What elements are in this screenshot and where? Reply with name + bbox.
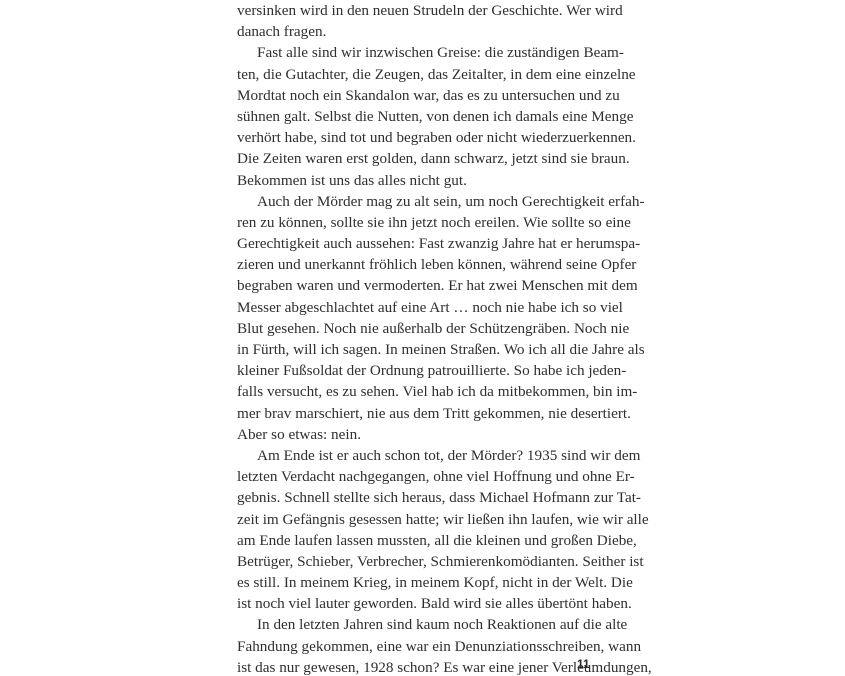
book-page: versinken wird in den neuen Strudeln der…	[237, 0, 612, 676]
text-line: in Fürth, will ich sagen. In meinen Stra…	[237, 339, 612, 360]
text-line: ist noch viel lauter geworden. Bald wird…	[237, 593, 612, 614]
text-line: ten, die Gutachter, die Zeugen, das Zeit…	[237, 64, 612, 85]
text-line: gebnis. Schnell stellte sich heraus, das…	[237, 487, 612, 508]
text-line: Mordtat noch ein Skandalon war, das es z…	[237, 85, 612, 106]
text-line: ren zu können, sollte sie ihn jetzt noch…	[237, 212, 612, 233]
text-line: falls versucht, es zu sehen. Viel hab ic…	[237, 381, 612, 402]
paragraph: Auch der Mörder mag zu alt sein, um noch…	[237, 191, 612, 445]
text-line: Am Ende ist er auch schon tot, der Mörde…	[237, 445, 612, 466]
text-line: zeit im Gefängnis gesessen hatte; wir li…	[237, 509, 612, 530]
text-line: letzten Verdacht nachgegangen, ohne viel…	[237, 466, 612, 487]
text-line: am Ende laufen lassen mussten, all die k…	[237, 530, 612, 551]
text-line: Betrüger, Schieber, Verbrecher, Schmiere…	[237, 551, 612, 572]
text-line: Fahndung gekommen, eine war ein Denunzia…	[237, 636, 612, 657]
text-line: Auch der Mörder mag zu alt sein, um noch…	[237, 191, 612, 212]
text-line: Messer abgeschlachtet auf eine Art … noc…	[237, 297, 612, 318]
page-number: 11	[577, 657, 590, 671]
paragraph: Am Ende ist er auch schon tot, der Mörde…	[237, 445, 612, 615]
text-line: begraben waren und vermoderten. Er hat z…	[237, 275, 612, 296]
text-line: Bekommen ist uns das alles nicht gut.	[237, 170, 612, 191]
text-line: zieren und unerkannt fröhlich leben könn…	[237, 254, 612, 275]
text-line: Aber so etwas: nein.	[237, 424, 612, 445]
text-line: Blut gesehen. Noch nie außerhalb der Sch…	[237, 318, 612, 339]
text-line: Gerechtigkeit auch aussehen: Fast zwanzi…	[237, 233, 612, 254]
text-line: sühnen galt. Selbst die Nutten, von dene…	[237, 106, 612, 127]
text-line: mer brav marschiert, nie aus dem Tritt g…	[237, 403, 612, 424]
text-line: verhört habe, sind tot und begraben oder…	[237, 127, 612, 148]
body-text: versinken wird in den neuen Strudeln der…	[237, 0, 612, 676]
paragraph: versinken wird in den neuen Strudeln der…	[237, 0, 612, 42]
text-line: versinken wird in den neuen Strudeln der…	[237, 0, 612, 21]
text-line: Die Zeiten waren erst golden, dann schwa…	[237, 148, 612, 169]
paragraph: Fast alle sind wir inzwischen Greise: di…	[237, 42, 612, 190]
text-line: danach fragen.	[237, 21, 612, 42]
text-line: kleiner Fußsoldat der Ordnung patrouilli…	[237, 360, 612, 381]
paragraph: In den letzten Jahren sind kaum noch Rea…	[237, 614, 612, 676]
text-line: ist das nur gewesen, 1928 schon? Es war …	[237, 657, 612, 676]
text-line: es still. In meinem Krieg, in meinem Kop…	[237, 572, 612, 593]
text-line: In den letzten Jahren sind kaum noch Rea…	[237, 614, 612, 635]
text-line: Fast alle sind wir inzwischen Greise: di…	[237, 42, 612, 63]
